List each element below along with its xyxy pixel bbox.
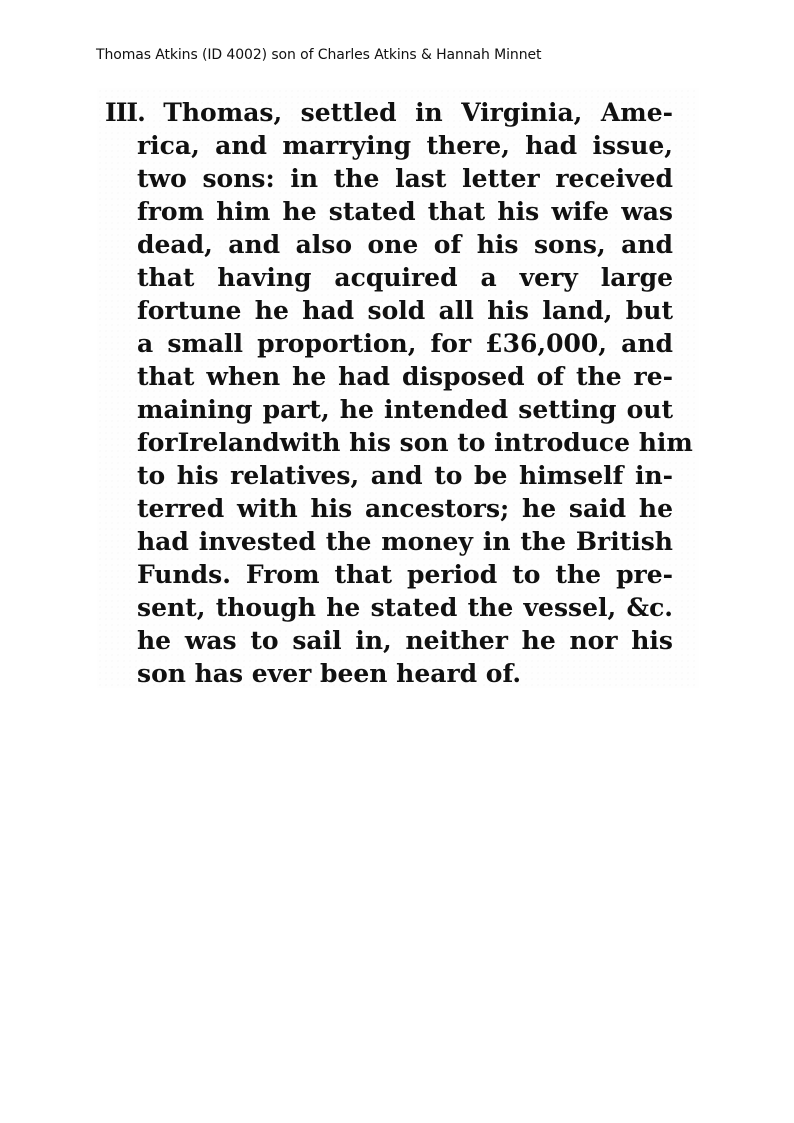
clipping-line: dead, and also one of his sons, and — [137, 228, 673, 261]
clipping-line: a small proportion, for £36,000, and — [137, 327, 673, 360]
clipping-line: that when he had disposed of the re- — [137, 360, 673, 393]
clipping-line: to his relatives, and to be himself in- — [137, 459, 673, 492]
clipping-line: he was to sail in, neither he nor his — [137, 624, 673, 657]
clipping-line: terred with his ancestors; he said he — [137, 492, 673, 525]
clipping-line: fortune he had sold all his land, but — [137, 294, 673, 327]
clipping-line: two sons: in the last letter received — [137, 162, 673, 195]
clipping-line: from him he stated that his wife was — [137, 195, 673, 228]
clipping-line: sent, though he stated the vessel, &c. — [137, 591, 673, 624]
page-title: Thomas Atkins (ID 4002) son of Charles A… — [96, 47, 541, 63]
clipping-line: III. Thomas, settled in Virginia, Ame- — [105, 96, 673, 129]
clipping-line: son has ever been heard of. — [137, 657, 673, 690]
clipping-line: maining part, he intended setting out — [137, 393, 673, 426]
clipping-line: had invested the money in the British — [137, 525, 673, 558]
newspaper-clipping: III. Thomas, settled in Virginia, Ame- r… — [97, 88, 699, 688]
clipping-line: forIrelandwith his son to introduce him — [137, 426, 673, 459]
clipping-line: Funds. From that period to the pre- — [137, 558, 673, 591]
paragraph-number: III. — [105, 98, 145, 127]
clipping-line: that having acquired a very large — [137, 261, 673, 294]
clipping-line: rica, and marrying there, had issue, — [137, 129, 673, 162]
